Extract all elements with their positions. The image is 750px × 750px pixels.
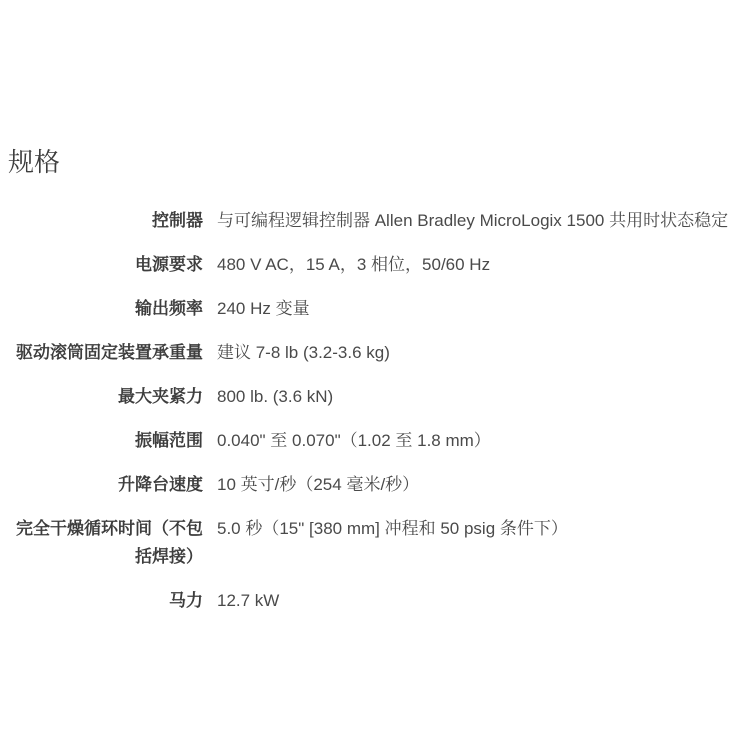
spec-value: 与可编程逻辑控制器 Allen Bradley MicroLogix 1500 … [217, 207, 750, 235]
spec-value: 240 Hz 变量 [217, 295, 750, 323]
spec-row-power-requirement: 电源要求 480 V AC，15 A，3 相位，50/60 Hz [0, 251, 750, 279]
spec-row-output-frequency: 输出频率 240 Hz 变量 [0, 295, 750, 323]
spec-value: 建议 7-8 lb (3.2-3.6 kg) [217, 339, 750, 367]
product-spec-page: 规格 控制器 与可编程逻辑控制器 Allen Bradley MicroLogi… [0, 0, 750, 750]
specifications-table: 控制器 与可编程逻辑控制器 Allen Bradley MicroLogix 1… [0, 207, 750, 615]
spec-label: 驱动滚筒固定装置承重量 [0, 339, 203, 367]
spec-label: 马力 [0, 587, 203, 615]
spec-row-horsepower: 马力 12.7 kW [0, 587, 750, 615]
spec-value: 5.0 秒（15" [380 mm] 冲程和 50 psig 条件下） [217, 515, 750, 571]
spec-row-amplitude-range: 振幅范围 0.040" 至 0.070"（1.02 至 1.8 mm） [0, 427, 750, 455]
spec-value: 800 lb. (3.6 kN) [217, 383, 750, 411]
spec-label: 升降台速度 [0, 471, 203, 499]
spec-label: 振幅范围 [0, 427, 203, 455]
spec-value: 0.040" 至 0.070"（1.02 至 1.8 mm） [217, 427, 750, 455]
spec-value: 480 V AC，15 A，3 相位，50/60 Hz [217, 251, 750, 279]
spec-row-lift-table-speed: 升降台速度 10 英寸/秒（254 毫米/秒） [0, 471, 750, 499]
spec-value: 10 英寸/秒（254 毫米/秒） [217, 471, 750, 499]
spec-row-full-dry-cycle-time: 完全干燥循环时间（不包括焊接） 5.0 秒（15" [380 mm] 冲程和 5… [0, 515, 750, 571]
spec-label: 电源要求 [0, 251, 203, 279]
specifications-section-title: 规格 [8, 146, 750, 178]
spec-value: 12.7 kW [217, 587, 750, 615]
spec-row-controller: 控制器 与可编程逻辑控制器 Allen Bradley MicroLogix 1… [0, 207, 750, 235]
spec-label: 输出频率 [0, 295, 203, 323]
spec-label: 最大夹紧力 [0, 383, 203, 411]
spec-row-max-clamping-force: 最大夹紧力 800 lb. (3.6 kN) [0, 383, 750, 411]
spec-label: 完全干燥循环时间（不包括焊接） [0, 515, 203, 571]
spec-label: 控制器 [0, 207, 203, 235]
spec-row-drive-roll-fixture-capacity: 驱动滚筒固定装置承重量 建议 7-8 lb (3.2-3.6 kg) [0, 339, 750, 367]
